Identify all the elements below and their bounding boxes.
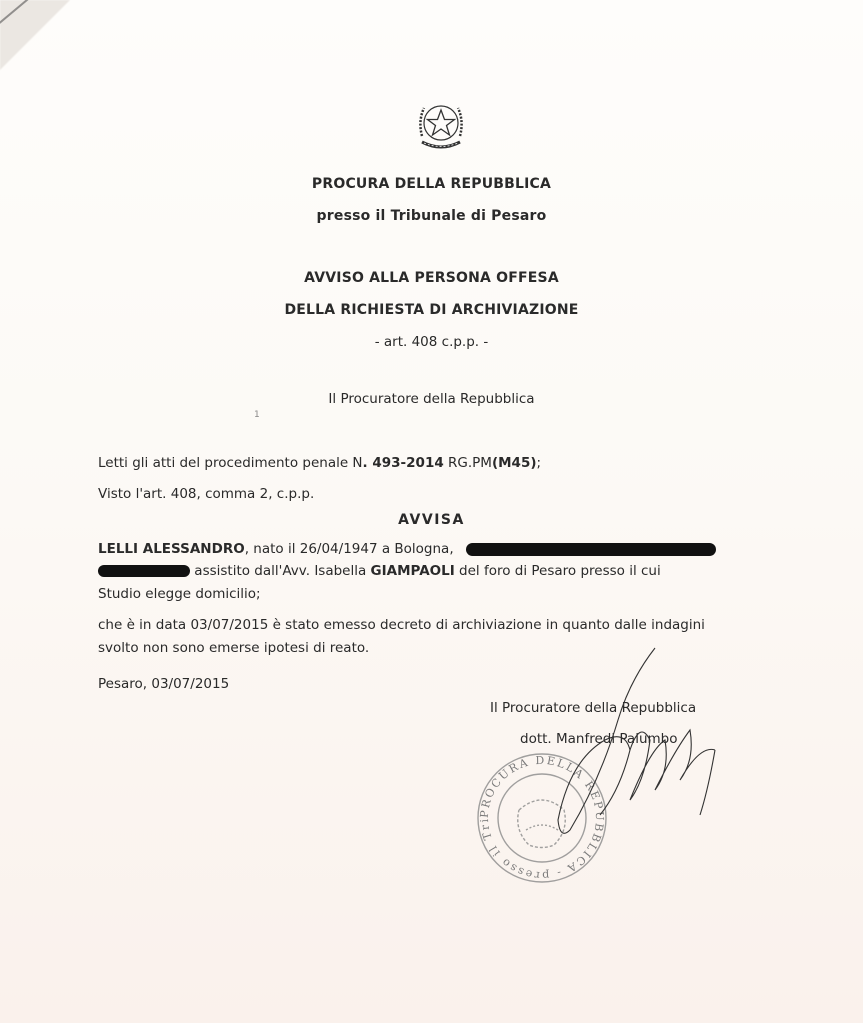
- proceeding-suffix: ;: [537, 455, 542, 471]
- document-title-line1: AVVISO ALLA PERSONA OFFESA: [0, 270, 863, 286]
- proceeding-code: (M45): [492, 455, 537, 471]
- redacted-address-2: [98, 565, 190, 577]
- legal-basis-line: Visto l'art. 408, comma 2, c.p.p.: [98, 486, 314, 502]
- stray-mark: 1: [254, 410, 260, 420]
- person-details: , nato il 26/04/1947 a Bologna,: [245, 541, 454, 557]
- redacted-address-1: [466, 543, 716, 556]
- handwritten-signature-icon: [530, 640, 730, 840]
- lawyer-prefix: assistito dall'Avv. Isabella: [190, 563, 371, 579]
- proceeding-line: Letti gli atti del procedimento penale N…: [98, 455, 541, 471]
- folded-page-corner: [0, 0, 70, 70]
- document-title-line2: DELLA RICHIESTA DI ARCHIVIAZIONE: [0, 302, 863, 318]
- person-line: LELLI ALESSANDRO, nato il 26/04/1947 a B…: [98, 541, 810, 557]
- decision-line-1: che è in data 03/07/2015 è stato emesso …: [98, 617, 705, 633]
- proceeding-prefix: Letti gli atti del procedimento penale N: [98, 455, 363, 471]
- issuer-title: Il Procuratore della Repubblica: [0, 391, 863, 407]
- place-date: Pesaro, 03/07/2015: [98, 676, 229, 692]
- article-reference: - art. 408 c.p.p. -: [0, 334, 863, 350]
- lawyer-line: assistito dall'Avv. Isabella GIAMPAOLI d…: [98, 563, 661, 579]
- decision-line-2: svolto non sono emerse ipotesi di reato.: [98, 640, 369, 656]
- avvisa-heading: AVVISA: [0, 512, 863, 528]
- domicile-line: Studio elegge domicilio;: [98, 586, 261, 602]
- person-name: LELLI ALESSANDRO: [98, 541, 245, 557]
- proceeding-number: . 493-2014: [363, 455, 444, 471]
- lawyer-surname: GIAMPAOLI: [371, 563, 455, 579]
- italian-republic-emblem-icon: [414, 96, 468, 156]
- court-heading: presso il Tribunale di Pesaro: [0, 208, 863, 224]
- proceeding-register: RG.PM: [444, 455, 492, 471]
- lawyer-rest: del foro di Pesaro presso il cui: [455, 563, 661, 579]
- office-heading: PROCURA DELLA REPUBBLICA: [0, 176, 863, 192]
